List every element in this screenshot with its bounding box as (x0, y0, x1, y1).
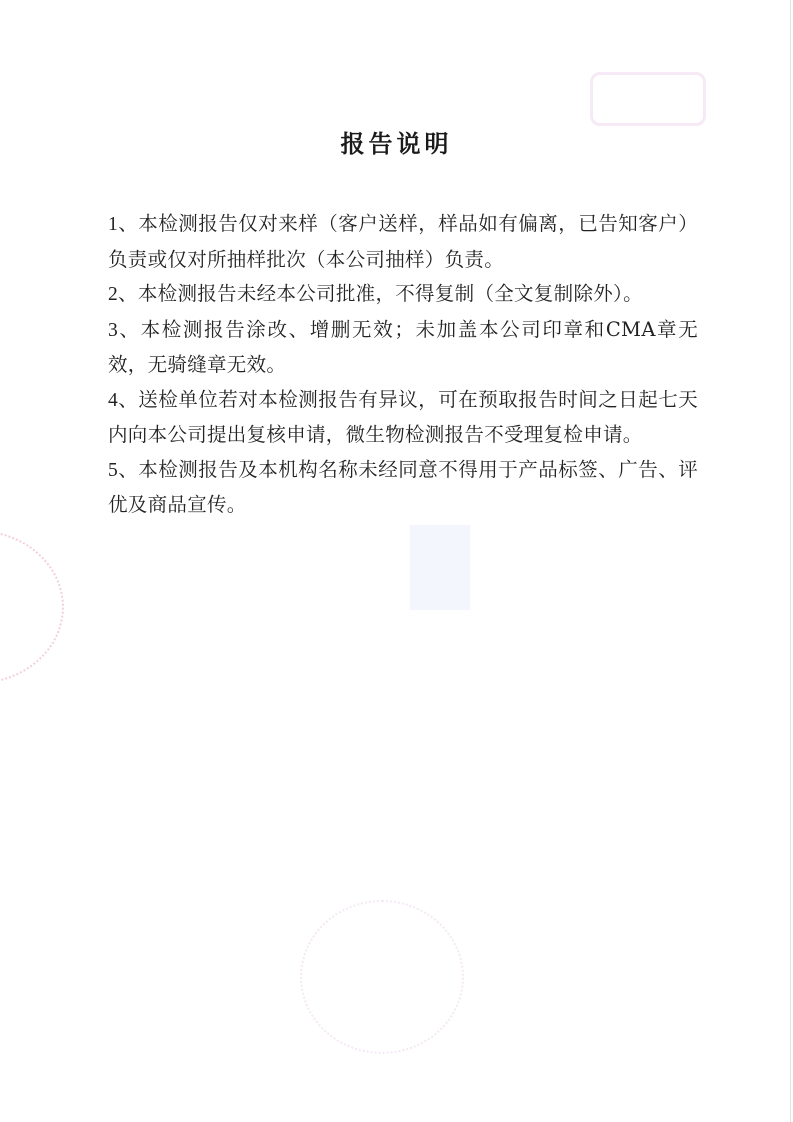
bleed-through-mark (410, 525, 470, 610)
clause-text: 送检单位若对本检测报告有异议，可在预取报告时间之日起七天内向本公司提出复核申请，… (108, 388, 698, 447)
bleed-through-seal (300, 900, 464, 1054)
clause-item: 2、本检测报告未经本公司批准，不得复制（全文复制除外）。 (108, 277, 698, 313)
clause-number: 5、 (108, 460, 138, 481)
clause-item: 1、本检测报告仅对来样（客户送样，样品如有偏离，已告知客户）负责或仅对所抽样批次… (108, 207, 698, 277)
page-edge (790, 0, 791, 1122)
clause-text: 本检测报告未经本公司批准，不得复制（全文复制除外）。 (138, 282, 643, 305)
bleed-through-logo (590, 72, 706, 126)
clause-number: 4、 (108, 390, 138, 411)
clause-number: 1、 (108, 214, 138, 235)
clause-text: 本检测报告及本机构名称未经同意不得用于产品标签、广告、评优及商品宣传。 (108, 458, 698, 517)
clause-item: 3、本检测报告涂改、增删无效；未加盖本公司印章和CMA章无效，无骑缝章无效。 (108, 313, 698, 383)
page-title: 报告说明 (0, 124, 793, 159)
clause-list: 1、本检测报告仅对来样（客户送样，样品如有偏离，已告知客户）负责或仅对所抽样批次… (108, 207, 698, 523)
clause-number: 3、 (108, 320, 141, 341)
clause-number: 2、 (108, 284, 138, 305)
clause-item: 4、送检单位若对本检测报告有异议，可在预取报告时间之日起七天内向本公司提出复核申… (108, 383, 698, 453)
edge-seal-stamp (0, 530, 64, 684)
clause-text: 本检测报告仅对来样（客户送样，样品如有偏离，已告知客户）负责或仅对所抽样批次（本… (108, 212, 698, 271)
clause-text: 本检测报告涂改、增删无效；未加盖本公司印章和CMA章无效，无骑缝章无效。 (108, 318, 698, 377)
clause-item: 5、本检测报告及本机构名称未经同意不得用于产品标签、广告、评优及商品宣传。 (108, 453, 698, 523)
report-page: 报告说明 1、本检测报告仅对来样（客户送样，样品如有偏离，已告知客户）负责或仅对… (0, 0, 793, 1122)
